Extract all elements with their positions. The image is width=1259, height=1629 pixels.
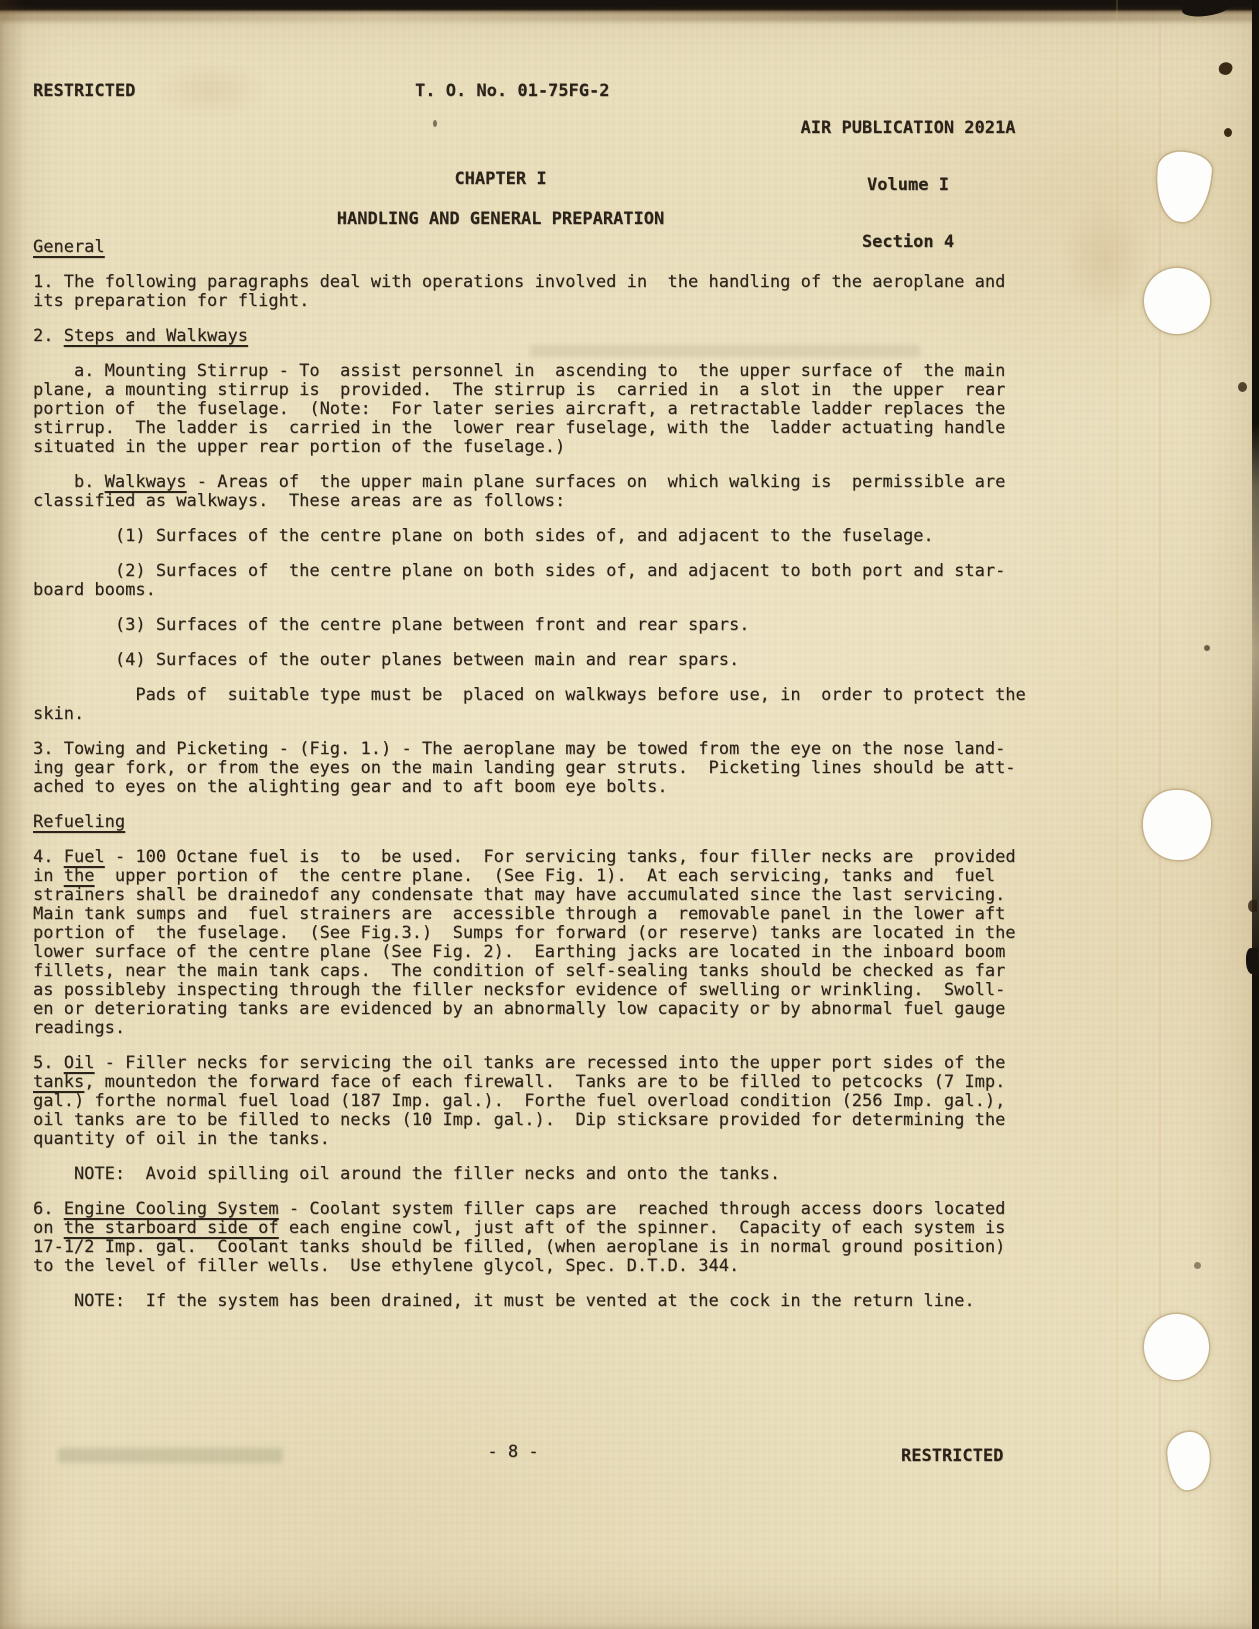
scan-left-edge-shading <box>0 0 26 1629</box>
text-line: skin. <box>33 705 1033 724</box>
ink-speck <box>1194 1262 1201 1269</box>
text-line: NOTE: Avoid spilling oil around the fill… <box>33 1165 1033 1184</box>
text-line: oil tanks are to be filled to necks (10 … <box>33 1111 1033 1130</box>
paragraph-6-engine-cooling-system: 6. Engine Cooling System - Coolant syste… <box>33 1200 1033 1276</box>
text-line: (2) Surfaces of the centre plane on both… <box>33 562 1033 581</box>
text-line: portion of the fuselage. (See Fig.3.) Su… <box>33 924 1033 943</box>
punch-hole <box>1143 790 1211 860</box>
text-line: Pads of suitable type must be placed on … <box>33 686 1033 705</box>
paragraph-2b-walkways: b. Walkways - Areas of the upper main pl… <box>33 473 1033 511</box>
text-line: gal.) forthe normal fuel load (187 Imp. … <box>33 1092 1033 1111</box>
text-line: 5. Oil - Filler necks for servicing the … <box>33 1054 1033 1073</box>
text-line: a. Mounting Stirrup - To assist personne… <box>33 362 1033 381</box>
torn-punch-hole <box>1166 1430 1213 1491</box>
ink-speck <box>1217 60 1234 77</box>
edge-ink-blot <box>1246 948 1258 974</box>
edge-ink-blot <box>1248 900 1257 912</box>
text-line: its preparation for flight. <box>33 292 1033 311</box>
text-line: (1) Surfaces of the centre plane on both… <box>33 527 1033 546</box>
text-line: (3) Surfaces of the centre plane between… <box>33 616 1033 635</box>
text-line: tanks, mountedon the forward face of eac… <box>33 1073 1033 1092</box>
note-oil-spilling: NOTE: Avoid spilling oil around the fill… <box>33 1165 1033 1184</box>
text-line: Refueling <box>33 813 1033 832</box>
text-line: 3. Towing and Picketing - (Fig. 1.) - Th… <box>33 740 1033 759</box>
text-line: portion of the fuselage. (Note: For late… <box>33 400 1033 419</box>
text-line: fillets, near the main tank caps. The co… <box>33 962 1033 981</box>
paragraph-4-fuel: 4. Fuel - 100 Octane fuel is to be used.… <box>33 848 1033 1038</box>
text-line: 1. The following paragraphs deal with op… <box>33 273 1033 292</box>
text-line: board booms. <box>33 581 1033 600</box>
paper-stain <box>1060 200 1150 320</box>
section-heading-refueling: Refueling <box>33 813 1033 832</box>
text-line: 2. Steps and Walkways <box>33 327 1033 346</box>
text-line: classified as walkways. These areas are … <box>33 492 1033 511</box>
ink-speck <box>1224 128 1232 137</box>
text-line: stirrup. The ladder is carried in the lo… <box>33 419 1033 438</box>
text-line: (4) Surfaces of the outer planes between… <box>33 651 1033 670</box>
paper-fold-line <box>1116 0 1118 1629</box>
text-line: Main tank sumps and fuel strainers are a… <box>33 905 1033 924</box>
list-item-4: (4) Surfaces of the outer planes between… <box>33 651 1033 670</box>
text-line: on the starboard side of each engine cow… <box>33 1219 1033 1238</box>
text-line: 6. Engine Cooling System - Coolant syste… <box>33 1200 1033 1219</box>
chapter-title: CHAPTER I <box>33 170 968 189</box>
punch-hole <box>1144 268 1210 334</box>
ink-speck <box>1238 382 1247 392</box>
header-publication-title: AIR PUBLICATION 2021A <box>799 119 1017 138</box>
text-line: 4. Fuel - 100 Octane fuel is to be used.… <box>33 848 1033 867</box>
paragraph-walkway-pads: Pads of suitable type must be placed on … <box>33 686 1033 724</box>
text-line: 17-1/2 Imp. gal. Coolant tanks should be… <box>33 1238 1033 1257</box>
ink-speck <box>1204 645 1210 651</box>
section-heading-general: General <box>33 238 1033 257</box>
list-item-1: (1) Surfaces of the centre plane on both… <box>33 527 1033 546</box>
text-line: plane, a mounting stirrup is provided. T… <box>33 381 1033 400</box>
paper-stain <box>150 60 270 120</box>
text-line: as possibleby inspecting through the fil… <box>33 981 1033 1000</box>
text-line: to the level of filler wells. Use ethyle… <box>33 1257 1033 1276</box>
list-item-2: (2) Surfaces of the centre plane on both… <box>33 562 1033 600</box>
text-line: readings. <box>33 1019 1033 1038</box>
text-line: b. Walkways - Areas of the upper main pl… <box>33 473 1033 492</box>
torn-punch-hole <box>1152 149 1213 224</box>
scan-top-edge-stain <box>0 8 1259 22</box>
text-line: NOTE: If the system has been drained, it… <box>33 1292 1033 1311</box>
header-classification-left: RESTRICTED <box>33 82 135 101</box>
scanned-manual-page: RESTRICTED T. O. No. 01-75FG-2 AIR PUBLI… <box>0 0 1259 1629</box>
scan-right-edge-shadow <box>1252 0 1259 1629</box>
text-line: strainers shall be drainedof any condens… <box>33 886 1033 905</box>
footer-classification: RESTRICTED <box>901 1447 1003 1466</box>
footer-page-number: - 8 - <box>33 1443 993 1462</box>
section-heading-steps-and-walkways: 2. Steps and Walkways <box>33 327 1033 346</box>
paper-fold-line <box>1159 20 1161 1600</box>
scan-top-edge-shadow <box>0 0 1259 15</box>
ink-speck <box>433 120 437 127</box>
chapter-subtitle: HANDLING AND GENERAL PREPARATION <box>33 210 968 229</box>
paragraph-2a-mounting-stirrup: a. Mounting Stirrup - To assist personne… <box>33 362 1033 457</box>
text-line: lower surface of the centre plane (See F… <box>33 943 1033 962</box>
text-line: ing gear fork, or from the eyes on the m… <box>33 759 1033 778</box>
paragraph-3-towing-and-picketing: 3. Towing and Picketing - (Fig. 1.) - Th… <box>33 740 1033 797</box>
scan-corner-ink-mark <box>1182 0 1231 18</box>
text-line: situated in the upper rear portion of th… <box>33 438 1033 457</box>
text-line: quantity of oil in the tanks. <box>33 1130 1033 1149</box>
list-item-3: (3) Surfaces of the centre plane between… <box>33 616 1033 635</box>
paragraph-1-general: 1. The following paragraphs deal with op… <box>33 273 1033 311</box>
punch-hole <box>1144 1314 1209 1380</box>
text-line: in the upper portion of the centre plane… <box>33 867 1033 886</box>
text-line: General <box>33 238 1033 257</box>
paragraph-5-oil: 5. Oil - Filler necks for servicing the … <box>33 1054 1033 1149</box>
header-technical-order-number: T. O. No. 01-75FG-2 <box>415 82 609 101</box>
note-cooling-system-vent: NOTE: If the system has been drained, it… <box>33 1292 1033 1311</box>
text-line: en or deteriorating tanks are evidenced … <box>33 1000 1033 1019</box>
text-line: ached to eyes on the alighting gear and … <box>33 778 1033 797</box>
document-body: General1. The following paragraphs deal … <box>33 238 1033 1327</box>
